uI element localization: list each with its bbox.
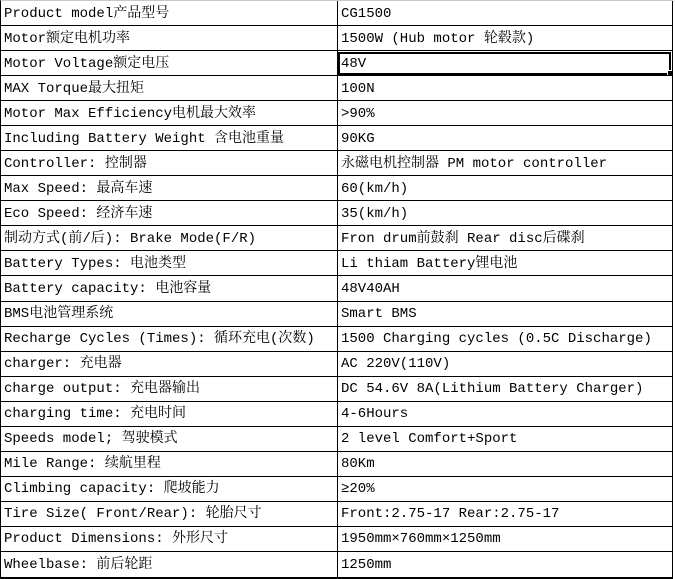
spec-label: MAX Torque最大扭矩: [4, 81, 144, 96]
spec-label-cell[interactable]: Motor额定电机功率: [1, 26, 338, 51]
spec-value-cell[interactable]: 100N: [338, 76, 673, 101]
spec-value-cell[interactable]: 1950mm×760mm×1250mm: [338, 527, 673, 552]
spec-label-cell[interactable]: 制动方式(前/后): Brake Mode(F/R): [1, 226, 338, 251]
spec-value: ≥20%: [341, 481, 375, 496]
spec-label: Recharge Cycles (Times): 循环充电(次数): [4, 331, 315, 346]
spec-label: Battery capacity: 电池容量: [4, 281, 211, 296]
spec-value-cell[interactable]: 4-6Hours: [338, 402, 673, 427]
spec-value: 90KG: [341, 131, 375, 146]
spec-label: Product Dimensions: 外形尺寸: [4, 531, 228, 546]
spec-label: Max Speed: 最高车速: [4, 181, 152, 196]
selection-border: [338, 52, 671, 75]
spec-label: 制动方式(前/后): Brake Mode(F/R): [4, 231, 256, 246]
selected-cell[interactable]: 48V: [338, 51, 673, 76]
spec-value: 1500W (Hub motor 轮毂款): [341, 31, 534, 46]
spec-label-cell[interactable]: Controller: 控制器: [1, 151, 338, 176]
spec-value-cell[interactable]: 永磁电机控制器 PM motor controller: [338, 151, 673, 176]
spec-value: 48V: [341, 56, 366, 71]
spec-label: Motor额定电机功率: [4, 31, 130, 46]
spec-label: Controller: 控制器: [4, 156, 147, 171]
spec-label-cell[interactable]: charging time: 充电时间: [1, 402, 338, 427]
spec-label-cell[interactable]: Battery capacity: 电池容量: [1, 276, 338, 301]
spec-value-cell[interactable]: 60(km/h): [338, 176, 673, 201]
spec-label-cell[interactable]: Speeds model; 驾驶模式: [1, 427, 338, 452]
spec-label-cell[interactable]: Mile Range: 续航里程: [1, 452, 338, 477]
spec-label-cell[interactable]: BMS电池管理系统: [1, 302, 338, 327]
spec-value: 80Km: [341, 456, 375, 471]
spec-label-cell[interactable]: Climbing capacity: 爬坡能力: [1, 477, 338, 502]
spec-value: CG1500: [341, 6, 391, 21]
spec-value: AC 220V(110V): [341, 356, 450, 371]
spec-label: Including Battery Weight 含电池重量: [4, 131, 284, 146]
spec-label-cell[interactable]: Product Dimensions: 外形尺寸: [1, 527, 338, 552]
spec-label-cell[interactable]: Eco Speed: 经济车速: [1, 201, 338, 226]
spec-value-cell[interactable]: Smart BMS: [338, 302, 673, 327]
spec-label-cell[interactable]: charge output: 充电器输出: [1, 377, 338, 402]
spec-value: 1500 Charging cycles (0.5C Discharge): [341, 331, 652, 346]
spec-value-cell[interactable]: CG1500: [338, 1, 673, 26]
spec-value: 2 level Comfort+Sport: [341, 431, 517, 446]
spec-label-cell[interactable]: Battery Types: 电池类型: [1, 251, 338, 276]
spec-label-cell[interactable]: Product model产品型号: [1, 1, 338, 26]
spec-value: 35(km/h): [341, 206, 408, 221]
spec-value-cell[interactable]: 1250mm: [338, 552, 673, 577]
spec-table: Product model产品型号 CG1500 Motor额定电机功率 150…: [0, 0, 673, 579]
spec-label-cell[interactable]: charger: 充电器: [1, 352, 338, 377]
spec-value-cell[interactable]: >90%: [338, 101, 673, 126]
spec-value: Smart BMS: [341, 306, 417, 321]
spec-value: 4-6Hours: [341, 406, 408, 421]
spec-value: Front:2.75-17 Rear:2.75-17: [341, 506, 559, 521]
spec-value-cell[interactable]: Front:2.75-17 Rear:2.75-17: [338, 502, 673, 527]
spec-label: charge output: 充电器输出: [4, 381, 200, 396]
spec-value-cell[interactable]: 1500W (Hub motor 轮毂款): [338, 26, 673, 51]
spec-label: Climbing capacity: 爬坡能力: [4, 481, 220, 496]
spec-label: Battery Types: 电池类型: [4, 256, 186, 271]
spec-label: Motor Max Efficiency电机最大效率: [4, 106, 256, 121]
spec-label-cell[interactable]: Tire Size( Front/Rear): 轮胎尺寸: [1, 502, 338, 527]
spec-label-cell[interactable]: Motor Max Efficiency电机最大效率: [1, 101, 338, 126]
spec-value-cell[interactable]: ≥20%: [338, 477, 673, 502]
spec-value-cell[interactable]: 1500 Charging cycles (0.5C Discharge): [338, 327, 673, 352]
spec-value: 60(km/h): [341, 181, 408, 196]
spec-value-cell[interactable]: 48V40AH: [338, 276, 673, 301]
spec-label: Tire Size( Front/Rear): 轮胎尺寸: [4, 506, 262, 521]
spec-label: Mile Range: 续航里程: [4, 456, 161, 471]
spec-value: 1250mm: [341, 557, 391, 572]
spec-value-cell[interactable]: 35(km/h): [338, 201, 673, 226]
spec-label: Product model产品型号: [4, 6, 169, 21]
spec-label-cell[interactable]: Max Speed: 最高车速: [1, 176, 338, 201]
spec-label: Eco Speed: 经济车速: [4, 206, 152, 221]
spec-value: 100N: [341, 81, 375, 96]
spec-label-cell[interactable]: MAX Torque最大扭矩: [1, 76, 338, 101]
spec-value-cell[interactable]: Li thiam Battery锂电池: [338, 251, 673, 276]
spec-label: charger: 充电器: [4, 356, 122, 371]
spec-label: Wheelbase: 前后轮距: [4, 557, 152, 572]
spec-label-cell[interactable]: Wheelbase: 前后轮距: [1, 552, 338, 577]
spec-value: Li thiam Battery锂电池: [341, 256, 517, 271]
spec-value-cell[interactable]: DC 54.6V 8A(Lithium Battery Charger): [338, 377, 673, 402]
spec-value: 1950mm×760mm×1250mm: [341, 531, 501, 546]
spec-label: BMS电池管理系统: [4, 306, 113, 321]
spec-value: DC 54.6V 8A(Lithium Battery Charger): [341, 381, 643, 396]
spec-value: Fron drum前鼓刹 Rear disc后碟刹: [341, 231, 585, 246]
spec-label: Motor Voltage额定电压: [4, 56, 169, 71]
spec-label: charging time: 充电时间: [4, 406, 186, 421]
spec-label-cell[interactable]: Including Battery Weight 含电池重量: [1, 126, 338, 151]
spec-value: 48V40AH: [341, 281, 400, 296]
spec-label-cell[interactable]: Motor Voltage额定电压: [1, 51, 338, 76]
spec-value-cell[interactable]: AC 220V(110V): [338, 352, 673, 377]
spec-value: >90%: [341, 106, 375, 121]
spec-value: 永磁电机控制器 PM motor controller: [341, 156, 607, 171]
spec-value-cell[interactable]: 80Km: [338, 452, 673, 477]
spec-value-cell[interactable]: Fron drum前鼓刹 Rear disc后碟刹: [338, 226, 673, 251]
spec-label: Speeds model; 驾驶模式: [4, 431, 178, 446]
spec-value-cell[interactable]: 2 level Comfort+Sport: [338, 427, 673, 452]
spec-value-cell[interactable]: 90KG: [338, 126, 673, 151]
spec-label-cell[interactable]: Recharge Cycles (Times): 循环充电(次数): [1, 327, 338, 352]
spreadsheet-view: Product model产品型号 CG1500 Motor额定电机功率 150…: [0, 0, 675, 579]
